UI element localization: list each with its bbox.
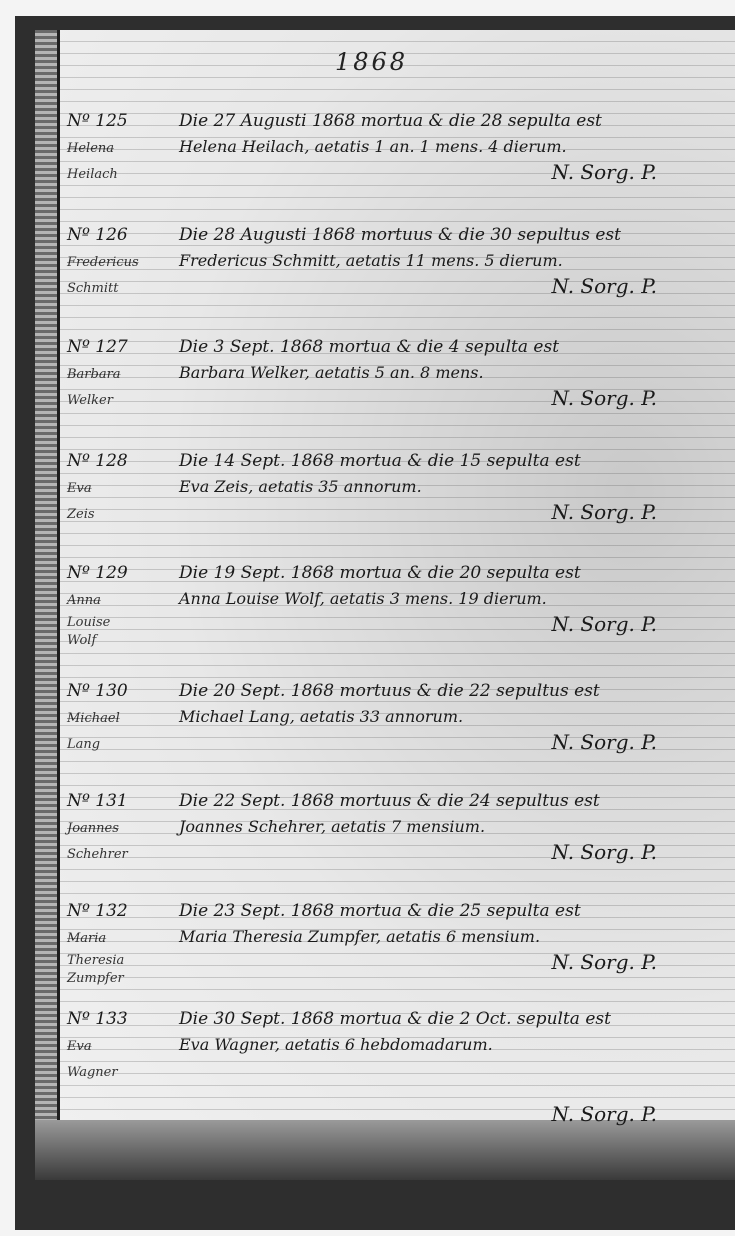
entry-number: Nº 125 <box>67 108 179 134</box>
scanned-page: 1868 Nº 125Die 27 Augusti 1868 mortua & … <box>15 16 735 1230</box>
year-heading: 1868 <box>335 48 408 76</box>
priest-signature: N. Sorg. P. <box>551 386 657 410</box>
entry-name-age-line: Eva Zeis, aetatis 35 annorum. <box>179 477 422 496</box>
register-entry: Nº 125Die 27 Augusti 1868 mortua & die 2… <box>67 108 727 188</box>
page-bottom-shadow <box>35 1120 735 1180</box>
priest-signature: N. Sorg. P. <box>551 160 657 184</box>
entry-name-age-line: Fredericus Schmitt, aetatis 11 mens. 5 d… <box>179 251 563 270</box>
entry-number: Nº 131 <box>67 788 179 814</box>
entry-death-burial-line: Die 30 Sept. 1868 mortua & die 2 Oct. se… <box>179 1009 611 1029</box>
register-entry: Nº 127Die 3 Sept. 1868 mortua & die 4 se… <box>67 334 727 414</box>
margin-first-name: Maria <box>67 926 179 952</box>
priest-signature: N. Sorg. P. <box>551 274 657 298</box>
entry-death-burial-line: Die 27 Augusti 1868 mortua & die 28 sepu… <box>179 111 602 131</box>
register-entry: Nº 133Die 30 Sept. 1868 mortua & die 2 O… <box>67 1006 727 1086</box>
margin-first-name: Barbara <box>67 362 179 388</box>
register-entry: Nº 132Die 23 Sept. 1868 mortua & die 25 … <box>67 898 727 988</box>
entry-name-age-line: Maria Theresia Zumpfer, aetatis 6 mensiu… <box>179 927 540 946</box>
entry-number: Nº 126 <box>67 222 179 248</box>
entry-name-age-line: Anna Louise Wolf, aetatis 3 mens. 19 die… <box>179 589 547 608</box>
register-page: 1868 Nº 125Die 27 Augusti 1868 mortua & … <box>35 30 735 1180</box>
priest-signature: N. Sorg. P. <box>551 500 657 524</box>
margin-first-name: Anna <box>67 588 179 614</box>
register-entry: Nº 130Die 20 Sept. 1868 mortuus & die 22… <box>67 678 727 758</box>
margin-first-name: Helena <box>67 136 179 162</box>
entry-name-age-line: Eva Wagner, aetatis 6 hebdomadarum. <box>179 1035 493 1054</box>
entry-name-age-line: Michael Lang, aetatis 33 annorum. <box>179 707 463 726</box>
margin-surname: Wagner <box>67 1060 727 1086</box>
priest-signature: N. Sorg. P. <box>551 950 657 974</box>
margin-first-name: Fredericus <box>67 250 179 276</box>
margin-first-name: Michael <box>67 706 179 732</box>
register-entry: Nº 129Die 19 Sept. 1868 mortua & die 20 … <box>67 560 727 650</box>
priest-signature: N. Sorg. P. <box>551 1102 657 1126</box>
entry-name-age-line: Barbara Welker, aetatis 5 an. 8 mens. <box>179 363 484 382</box>
entry-number: Nº 130 <box>67 678 179 704</box>
entry-number: Nº 129 <box>67 560 179 586</box>
priest-signature: N. Sorg. P. <box>551 612 657 636</box>
entry-number: Nº 128 <box>67 448 179 474</box>
margin-first-name: Joannes <box>67 816 179 842</box>
entry-number: Nº 132 <box>67 898 179 924</box>
register-entry: Nº 128Die 14 Sept. 1868 mortua & die 15 … <box>67 448 727 528</box>
book-binding <box>35 30 60 1180</box>
entry-death-burial-line: Die 20 Sept. 1868 mortuus & die 22 sepul… <box>179 681 600 701</box>
priest-signature: N. Sorg. P. <box>551 730 657 754</box>
margin-first-name: Eva <box>67 476 179 502</box>
entry-name-age-line: Joannes Schehrer, aetatis 7 mensium. <box>179 817 485 836</box>
register-entry: Nº 126Die 28 Augusti 1868 mortuus & die … <box>67 222 727 302</box>
entry-death-burial-line: Die 3 Sept. 1868 mortua & die 4 sepulta … <box>179 337 559 357</box>
entry-death-burial-line: Die 28 Augusti 1868 mortuus & die 30 sep… <box>179 225 621 245</box>
entry-death-burial-line: Die 19 Sept. 1868 mortua & die 20 sepult… <box>179 563 581 583</box>
register-entry: Nº 131Die 22 Sept. 1868 mortuus & die 24… <box>67 788 727 868</box>
entry-name-age-line: Helena Heilach, aetatis 1 an. 1 mens. 4 … <box>179 137 567 156</box>
entry-number: Nº 133 <box>67 1006 179 1032</box>
entry-death-burial-line: Die 22 Sept. 1868 mortuus & die 24 sepul… <box>179 791 600 811</box>
priest-signature: N. Sorg. P. <box>551 840 657 864</box>
margin-first-name: Eva <box>67 1034 179 1060</box>
entry-death-burial-line: Die 23 Sept. 1868 mortua & die 25 sepult… <box>179 901 581 921</box>
entry-death-burial-line: Die 14 Sept. 1868 mortua & die 15 sepult… <box>179 451 581 471</box>
entry-number: Nº 127 <box>67 334 179 360</box>
